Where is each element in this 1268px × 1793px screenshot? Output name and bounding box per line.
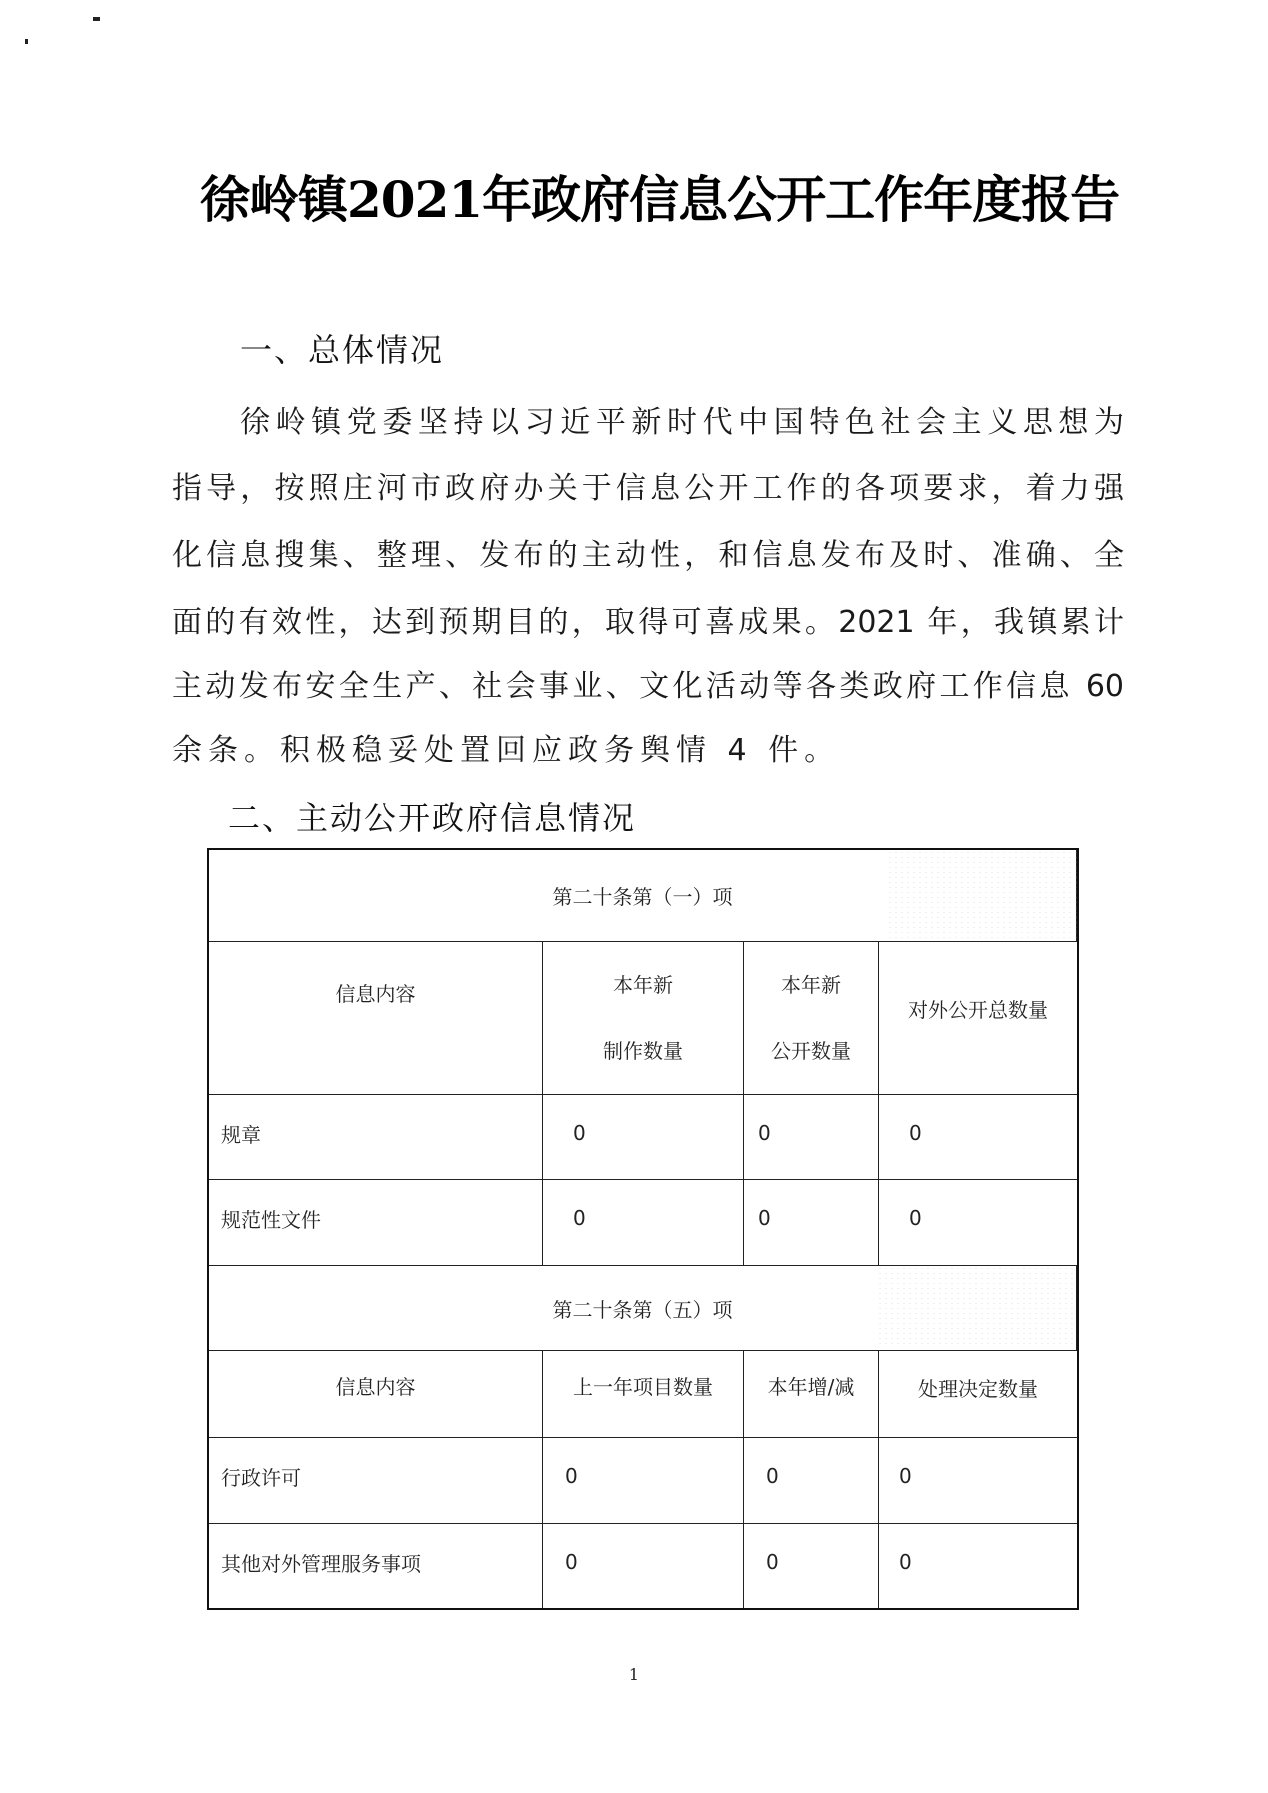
row-value: 0	[543, 1095, 744, 1179]
scan-speck	[25, 39, 28, 44]
header-total-published: 对外公开总数量	[879, 942, 1077, 1094]
header-line: 本年新	[613, 952, 673, 1018]
header-change-this-year: 本年增/减	[744, 1351, 879, 1437]
row-label: 行政许可	[209, 1438, 543, 1523]
table-row: 其他对外管理服务事项 0 0 0	[209, 1524, 1077, 1608]
row-value: 0	[879, 1524, 1077, 1608]
table-row: 规章 0 0 0	[209, 1095, 1077, 1180]
row-value: 0	[744, 1180, 879, 1265]
section-heading-proactive-disclosure: 二、主动公开政府信息情况	[228, 798, 636, 838]
row-value: 0	[744, 1095, 879, 1179]
scan-noise	[877, 1266, 1077, 1348]
row-value: 0	[543, 1524, 744, 1608]
table-header-row: 信息内容 上一年项目数量 本年增/减 处理决定数量	[209, 1351, 1077, 1438]
table-section-title-row: 第二十条第（五）项	[209, 1266, 1077, 1351]
scan-noise	[887, 850, 1077, 938]
header-info-content: 信息内容	[209, 1351, 543, 1437]
section-heading-overview: 一、总体情况	[240, 330, 444, 370]
table-section-title-row: 第二十条第（一）项	[209, 850, 1077, 942]
paragraph-line: 主动发布安全生产、社会事业、文化活动等各类政府工作信息 60	[172, 667, 1124, 707]
disclosure-table: 第二十条第（一）项 信息内容 本年新 制作数量 本年新 公开数量 对外公开总数量…	[207, 848, 1079, 1610]
row-label: 规范性文件	[209, 1180, 543, 1265]
paragraph-line: 徐岭镇党委坚持以习近平新时代中国特色社会主义思想为	[240, 403, 1124, 443]
row-value: 0	[879, 1438, 1077, 1523]
header-info-content: 信息内容	[209, 942, 543, 1094]
row-value: 0	[879, 1095, 1077, 1179]
header-line: 本年新	[781, 952, 841, 1018]
table-row: 行政许可 0 0 0	[209, 1438, 1077, 1524]
header-new-produced: 本年新 制作数量	[543, 942, 744, 1094]
header-decisions-count: 处理决定数量	[879, 1351, 1077, 1437]
header-line: 制作数量	[603, 1018, 683, 1084]
page-number: 1	[624, 1665, 644, 1684]
header-new-published: 本年新 公开数量	[744, 942, 879, 1094]
table-header-row: 信息内容 本年新 制作数量 本年新 公开数量 对外公开总数量	[209, 942, 1077, 1095]
paragraph-line: 面的有效性，达到预期目的，取得可喜成果。2021 年，我镇累计	[172, 603, 1124, 643]
row-label: 规章	[209, 1095, 543, 1179]
row-value: 0	[744, 1524, 879, 1608]
header-previous-year-count: 上一年项目数量	[543, 1351, 744, 1437]
scan-speck	[93, 17, 100, 21]
row-value: 0	[543, 1180, 744, 1265]
row-label: 其他对外管理服务事项	[209, 1524, 543, 1608]
row-value: 0	[879, 1180, 1077, 1265]
table-row: 规范性文件 0 0 0	[209, 1180, 1077, 1266]
row-value: 0	[543, 1438, 744, 1523]
paragraph-line: 化信息搜集、整理、发布的主动性，和信息发布及时、准确、全	[172, 536, 1124, 576]
paragraph-line: 余条。积极稳妥处置回应政务舆情 4 件。	[172, 731, 1124, 771]
paragraph-line: 指导，按照庄河市政府办关于信息公开工作的各项要求，着力强	[172, 469, 1124, 509]
document-title: 徐岭镇2021年政府信息公开工作年度报告	[200, 168, 1100, 232]
row-value: 0	[744, 1438, 879, 1523]
header-line: 公开数量	[771, 1018, 851, 1084]
